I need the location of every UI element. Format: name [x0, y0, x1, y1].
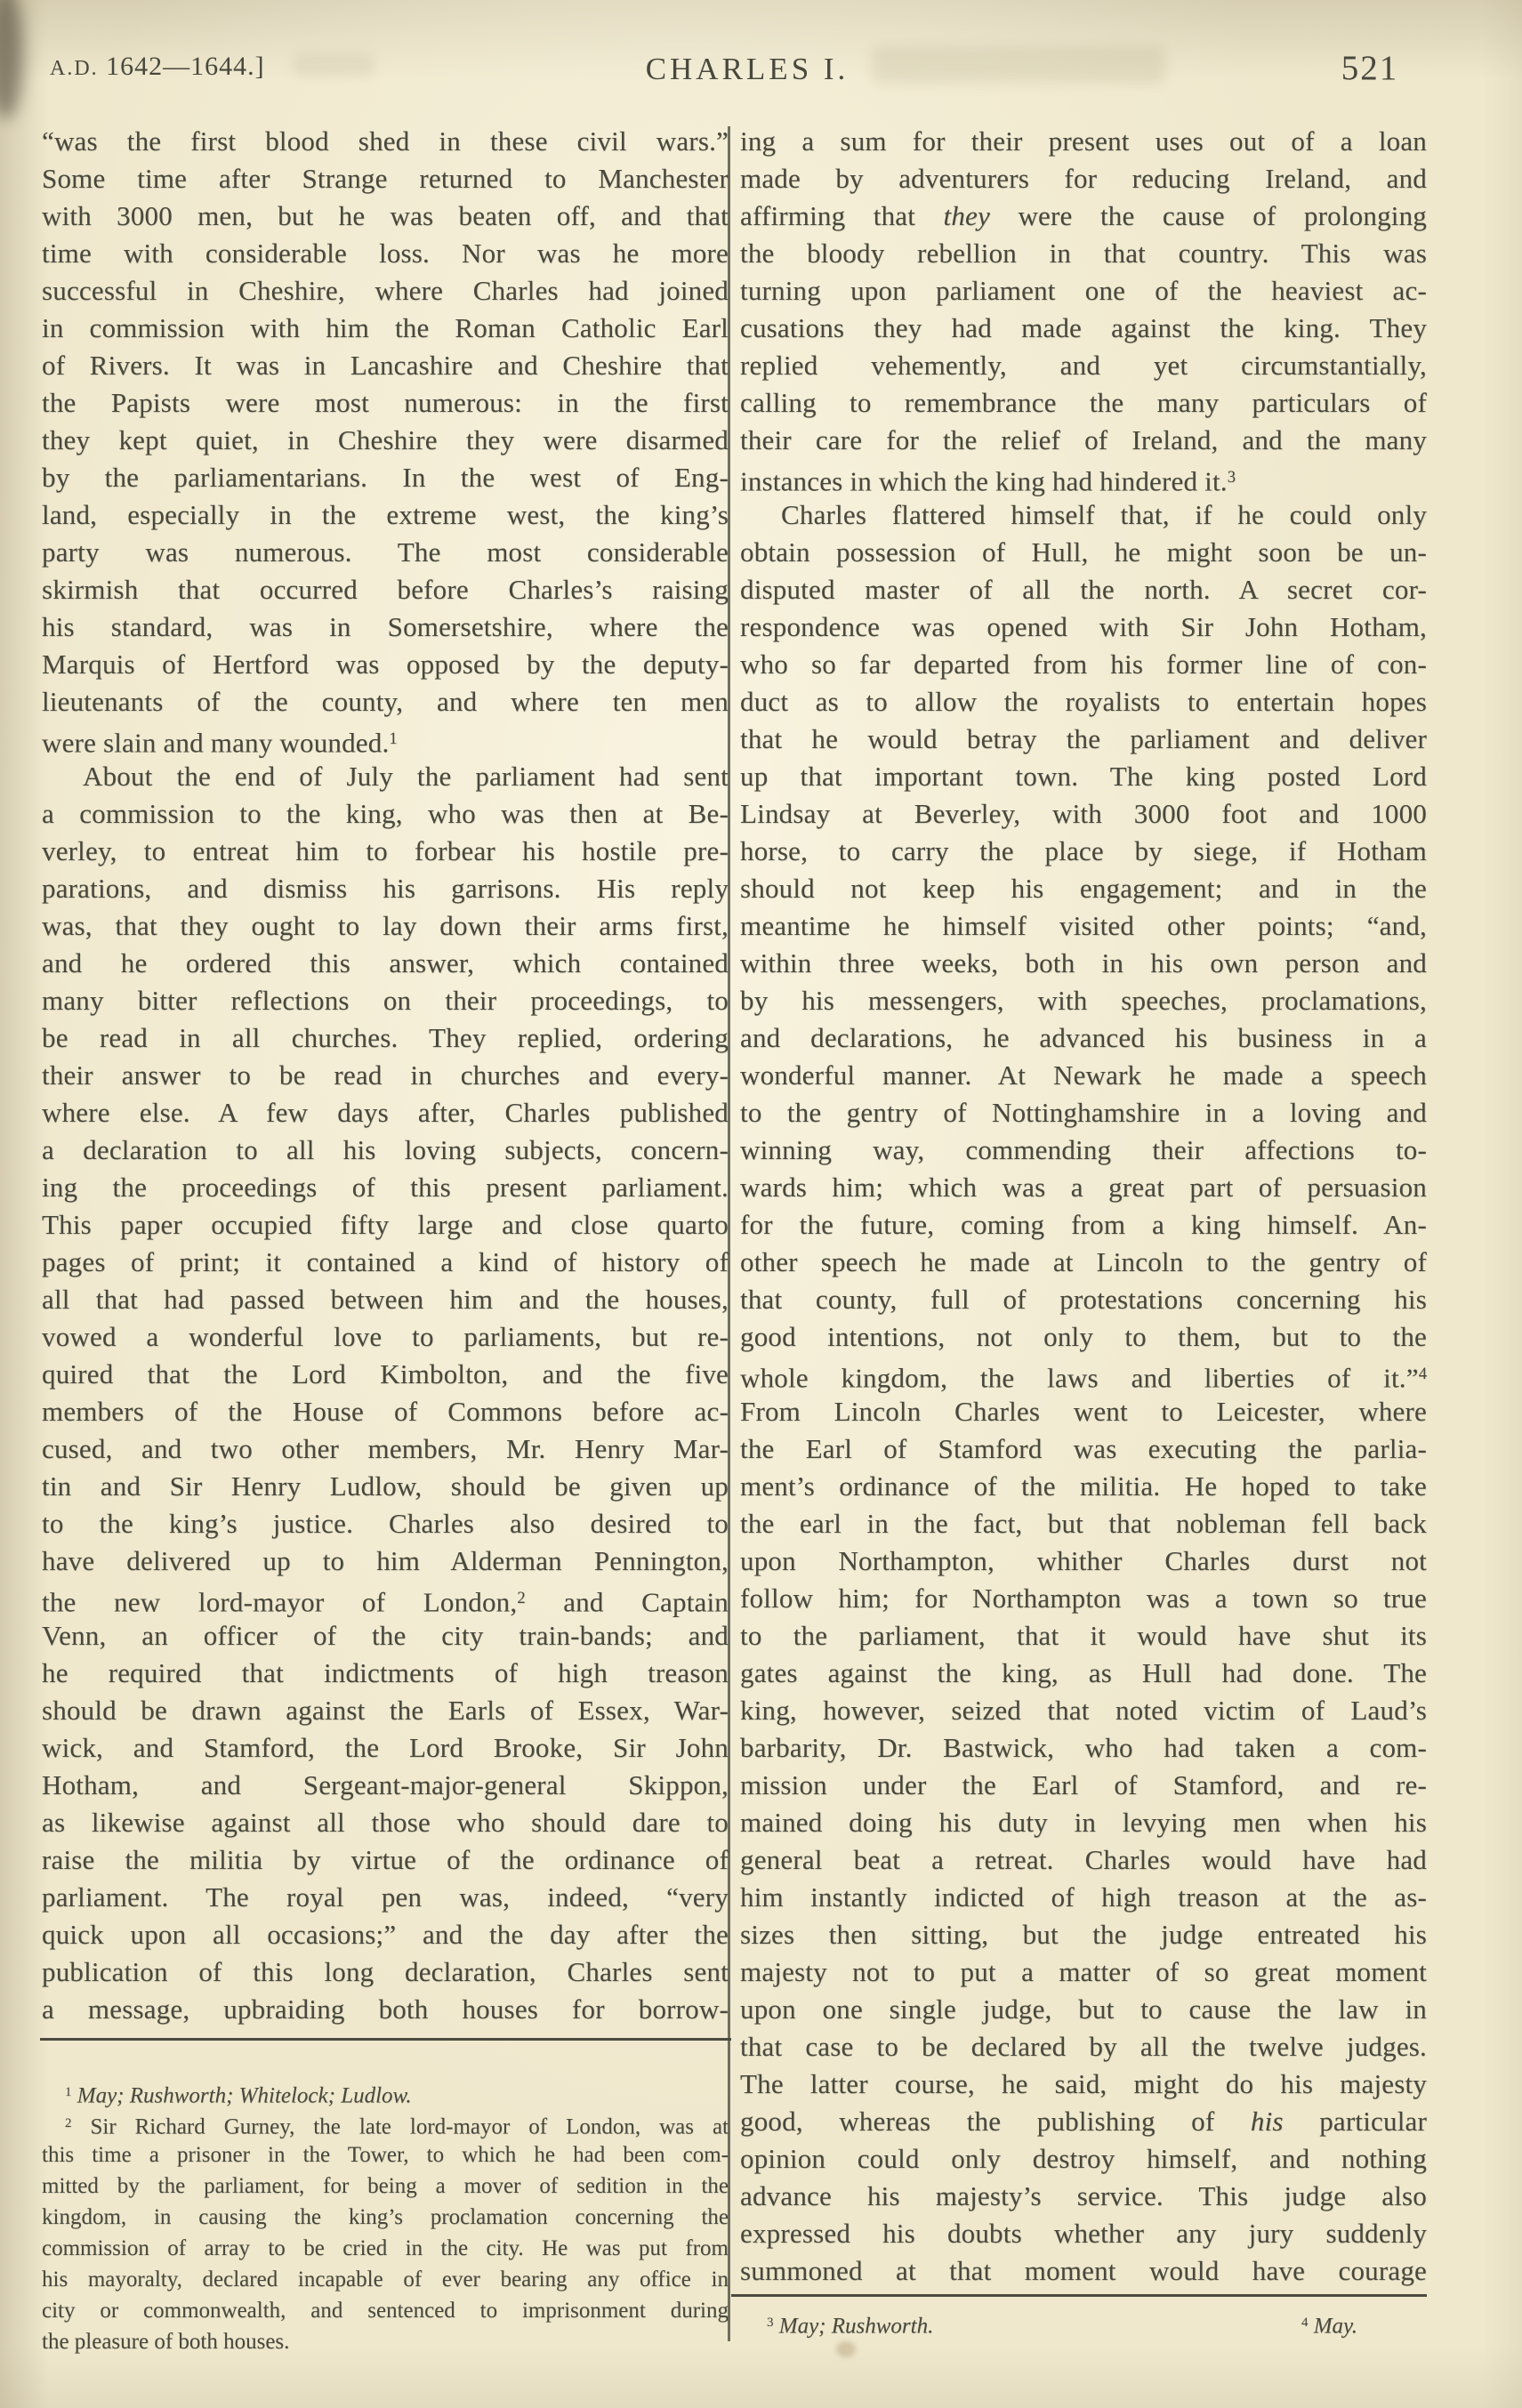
- footnote-line: this time a prisoner in the Tower, to wh…: [42, 2139, 729, 2170]
- text-line: “was the first blood shed in these civil…: [42, 123, 729, 160]
- text-line: members of the House of Commons before a…: [42, 1393, 729, 1430]
- text-line: were slain and many wounded.1: [42, 721, 729, 758]
- text-line: they kept quiet, in Cheshire they were d…: [42, 422, 729, 459]
- text-line: time with considerable loss. Nor was he …: [42, 235, 729, 272]
- text-line: be read in all churches. They replied, o…: [42, 1019, 729, 1057]
- text-line: up that important town. The king posted …: [740, 758, 1427, 795]
- text-line: ing a sum for their present uses out of …: [740, 123, 1427, 160]
- text-line: vowed a wonderful love to parliaments, b…: [42, 1318, 729, 1356]
- footnote-line: 4 May.: [1301, 2307, 1357, 2342]
- text-line: that case to be declared by all the twel…: [740, 2028, 1427, 2066]
- text-line: respondence was opened with Sir John Hot…: [740, 608, 1427, 646]
- text-line: upon one single judge, but to cause the …: [740, 1991, 1427, 2028]
- text-line: good, whereas the publishing of his part…: [740, 2103, 1427, 2140]
- text-line: ment’s ordinance of the militia. He hope…: [740, 1468, 1427, 1505]
- text-line: to the gentry of Nottinghamshire in a lo…: [740, 1094, 1427, 1132]
- text-line: upon Northampton, whither Charles durst …: [740, 1542, 1427, 1580]
- text-line: to the king’s justice. Charles also desi…: [42, 1505, 729, 1542]
- text-line: parliament. The royal pen was, indeed, “…: [42, 1879, 729, 1916]
- text-line: calling to remembrance the many particul…: [740, 384, 1427, 422]
- text-line: duct as to allow the royalists to entert…: [740, 683, 1427, 721]
- text-line: skirmish that occurred before Charles’s …: [42, 571, 729, 608]
- text-line: who so far departed from his former line…: [740, 646, 1427, 683]
- text-line: barbarity, Dr. Bastwick, who had taken a…: [740, 1729, 1427, 1767]
- footnote-reference: 1: [65, 2085, 72, 2099]
- text-line: wonderful manner. At Newark he made a sp…: [740, 1057, 1427, 1094]
- text-line: opinion could only destroy himself, and …: [740, 2140, 1427, 2178]
- text-line: with 3000 men, but he was beaten off, an…: [42, 197, 729, 235]
- text-line: This paper occupied fifty large and clos…: [42, 1206, 729, 1244]
- footnotes-left-column: 1 May; Rushworth; Whitelock; Ludlow.2 Si…: [42, 2077, 729, 2357]
- text-line: obtain possession of Hull, he might soon…: [740, 534, 1427, 571]
- text-line: The latter course, he said, might do his…: [740, 2066, 1427, 2103]
- text-line: successful in Cheshire, where Charles ha…: [42, 272, 729, 310]
- text-line: their answer to be read in churches and …: [42, 1057, 729, 1094]
- text-line: general beat a retreat. Charles would ha…: [740, 1841, 1427, 1879]
- header-date-range: A.D. 1642—1644.]: [50, 52, 265, 82]
- footnote-separator-right: [731, 2294, 1427, 2297]
- text-line: for the future, coming from a king himse…: [740, 1206, 1427, 1244]
- text-line: a commission to the king, who was then a…: [42, 795, 729, 833]
- header-date-years: 1642—1644.]: [99, 52, 265, 81]
- text-line: all that had passed between him and the …: [42, 1281, 729, 1318]
- running-title: CHARLES I.: [569, 52, 925, 87]
- text-line: Charles flattered himself that, if he co…: [740, 496, 1427, 534]
- paper-stain: [836, 2341, 856, 2357]
- text-line: should not keep his engagement; and in t…: [740, 870, 1427, 907]
- text-line: where else. A few days after, Charles pu…: [42, 1094, 729, 1132]
- text-line: instances in which the king had hindered…: [740, 459, 1427, 496]
- text-line: replied vehemently, and yet circumstanti…: [740, 347, 1427, 384]
- footnote-line: city or commonwealth, and sentenced to i…: [42, 2295, 729, 2326]
- text-line: summoned at that moment would have coura…: [740, 2252, 1427, 2290]
- header-date-prefix: A.D.: [50, 57, 99, 80]
- footnote-reference: 1: [389, 729, 397, 748]
- text-line: and declarations, he advanced his busine…: [740, 1019, 1427, 1057]
- text-line: the Papists were most numerous: in the f…: [42, 384, 729, 422]
- text-line: whole kingdom, the laws and liberties of…: [740, 1356, 1427, 1393]
- text-line: other speech he made at Lincoln to the g…: [740, 1244, 1427, 1281]
- text-line: wards him; which was a great part of per…: [740, 1169, 1427, 1206]
- text-line: Venn, an officer of the city train-bands…: [42, 1617, 729, 1655]
- text-line: ing the proceedings of this present parl…: [42, 1169, 729, 1206]
- footnote-line: 2 Sir Richard Gurney, the late lord-mayo…: [42, 2108, 729, 2139]
- footnote-line: mitted by the parliament, for being a mo…: [42, 2170, 729, 2202]
- footnote-line: 3 May; Rushworth.: [767, 2307, 933, 2342]
- text-line: his standard, was in Somersetshire, wher…: [42, 608, 729, 646]
- text-line: he required that indictments of high tre…: [42, 1655, 729, 1692]
- footnote-line: the pleasure of both houses.: [42, 2326, 729, 2357]
- text-line: the earl in the fact, but that nobleman …: [740, 1505, 1427, 1542]
- footnote-line: commission of array to be cried in the c…: [42, 2233, 729, 2264]
- text-line: that he would betray the parliament and …: [740, 721, 1427, 758]
- text-line: to the parliament, that it would have sh…: [740, 1617, 1427, 1655]
- text-line: him instantly indicted of high treason a…: [740, 1879, 1427, 1916]
- text-line: turning upon parliament one of the heavi…: [740, 272, 1427, 310]
- text-line: many bitter reflections on their proceed…: [42, 982, 729, 1019]
- text-line: follow him; for Northampton was a town s…: [740, 1580, 1427, 1617]
- text-line: parations, and dismiss his garrisons. Hi…: [42, 870, 729, 907]
- book-page: A.D. 1642—1644.] CHARLES I. 521 “was the…: [0, 0, 1522, 2408]
- text-line: their care for the relief of Ireland, an…: [740, 422, 1427, 459]
- text-line: that county, full of protestations conce…: [740, 1281, 1427, 1318]
- text-line: the bloody rebellion in that country. Th…: [740, 235, 1427, 272]
- text-line: as likewise against all those who should…: [42, 1804, 729, 1841]
- footnote-4: 4 May.: [1301, 2307, 1357, 2342]
- text-line: the new lord-mayor of London,2 and Capta…: [42, 1580, 729, 1617]
- text-line: quired that the Lord Kimbolton, and the …: [42, 1356, 729, 1393]
- text-line: good intentions, not only to them, but t…: [740, 1318, 1427, 1356]
- text-line: raise the militia by virtue of the ordin…: [42, 1841, 729, 1879]
- text-line: advance his majesty’s service. This judg…: [740, 2178, 1427, 2215]
- text-line: From Lincoln Charles went to Leicester, …: [740, 1393, 1427, 1430]
- text-line: sizes then sitting, but the judge entrea…: [740, 1916, 1427, 1953]
- left-column-text: “was the first blood shed in these civil…: [42, 123, 729, 2028]
- text-line: by the parliamentarians. In the west of …: [42, 459, 729, 496]
- text-line: and he ordered this answer, which contai…: [42, 945, 729, 982]
- text-line: a message, upbraiding both houses for bo…: [42, 1991, 729, 2028]
- footnote-line: his mayoralty, declared incapable of eve…: [42, 2264, 729, 2295]
- text-line: tin and Sir Henry Ludlow, should be give…: [42, 1468, 729, 1505]
- text-line: quick upon all occasions;” and the day a…: [42, 1916, 729, 1953]
- footnote-line: kingdom, in causing the king’s proclamat…: [42, 2202, 729, 2233]
- text-line: in commission with him the Roman Catholi…: [42, 310, 729, 347]
- text-line: made by adventurers for reducing Ireland…: [740, 160, 1427, 197]
- text-line: pages of print; it contained a kind of h…: [42, 1244, 729, 1281]
- text-line: winning way, commending their affections…: [740, 1132, 1427, 1169]
- text-line: land, especially in the extreme west, th…: [42, 496, 729, 534]
- footnote-separator-left: [40, 2038, 731, 2041]
- page-number: 521: [1299, 48, 1441, 88]
- text-line: by his messengers, with speeches, procla…: [740, 982, 1427, 1019]
- footnotes-right-column: 3 May; Rushworth. 4 May.: [740, 2307, 1427, 2342]
- text-line: horse, to carry the place by siege, if H…: [740, 833, 1427, 870]
- text-line: wick, and Stamford, the Lord Brooke, Sir…: [42, 1729, 729, 1767]
- footnote-reference: 3: [767, 2315, 774, 2330]
- footnote-line: 1 May; Rushworth; Whitelock; Ludlow.: [42, 2077, 729, 2108]
- scan-edge-shadow: [0, 0, 23, 119]
- text-line: was, that they ought to lay down their a…: [42, 907, 729, 945]
- text-line: of Rivers. It was in Lancashire and Ches…: [42, 347, 729, 384]
- text-line: mained doing his duty in levying men whe…: [740, 1804, 1427, 1841]
- text-line: meantime he himself visited other points…: [740, 907, 1427, 945]
- text-line: majesty not to put a matter of so great …: [740, 1953, 1427, 1991]
- text-line: within three weeks, both in his own pers…: [740, 945, 1427, 982]
- footnote-reference: 4: [1419, 1365, 1427, 1383]
- text-line: disputed master of all the north. A secr…: [740, 571, 1427, 608]
- text-line: lieutenants of the county, and where ten…: [42, 683, 729, 721]
- footnote-reference: 2: [65, 2116, 72, 2130]
- text-line: affirming that they were the cause of pr…: [740, 197, 1427, 235]
- text-line: About the end of July the parliament had…: [42, 758, 729, 795]
- ink-bleed-smudge: [294, 53, 374, 77]
- right-column-text: ing a sum for their present uses out of …: [740, 123, 1427, 2290]
- text-line: cused, and two other members, Mr. Henry …: [42, 1430, 729, 1468]
- text-line: have delivered up to him Alderman Pennin…: [42, 1542, 729, 1580]
- text-line: cusations they had made against the king…: [740, 310, 1427, 347]
- text-line: mission under the Earl of Stamford, and …: [740, 1767, 1427, 1804]
- text-line: party was numerous. The most considerabl…: [42, 534, 729, 571]
- text-line: Hotham, and Sergeant-major-general Skipp…: [42, 1767, 729, 1804]
- text-line: expressed his doubts whether any jury su…: [740, 2215, 1427, 2252]
- footnote-reference: 3: [1228, 468, 1236, 487]
- footnote-reference: 2: [517, 1589, 525, 1607]
- text-line: gates against the king, as Hull had done…: [740, 1655, 1427, 1692]
- text-line: should be drawn against the Earls of Ess…: [42, 1692, 729, 1729]
- text-line: king, however, seized that noted victim …: [740, 1692, 1427, 1729]
- text-line: verley, to entreat him to forbear his ho…: [42, 833, 729, 870]
- text-line: Some time after Strange returned to Manc…: [42, 160, 729, 197]
- footnote-3: 3 May; Rushworth.: [767, 2307, 933, 2342]
- text-line: Marquis of Hertford was opposed by the d…: [42, 646, 729, 683]
- text-line: a declaration to all his loving subjects…: [42, 1132, 729, 1169]
- text-line: publication of this long declaration, Ch…: [42, 1953, 729, 1991]
- text-line: the Earl of Stamford was executing the p…: [740, 1430, 1427, 1468]
- text-line: Lindsay at Beverley, with 3000 foot and …: [740, 795, 1427, 833]
